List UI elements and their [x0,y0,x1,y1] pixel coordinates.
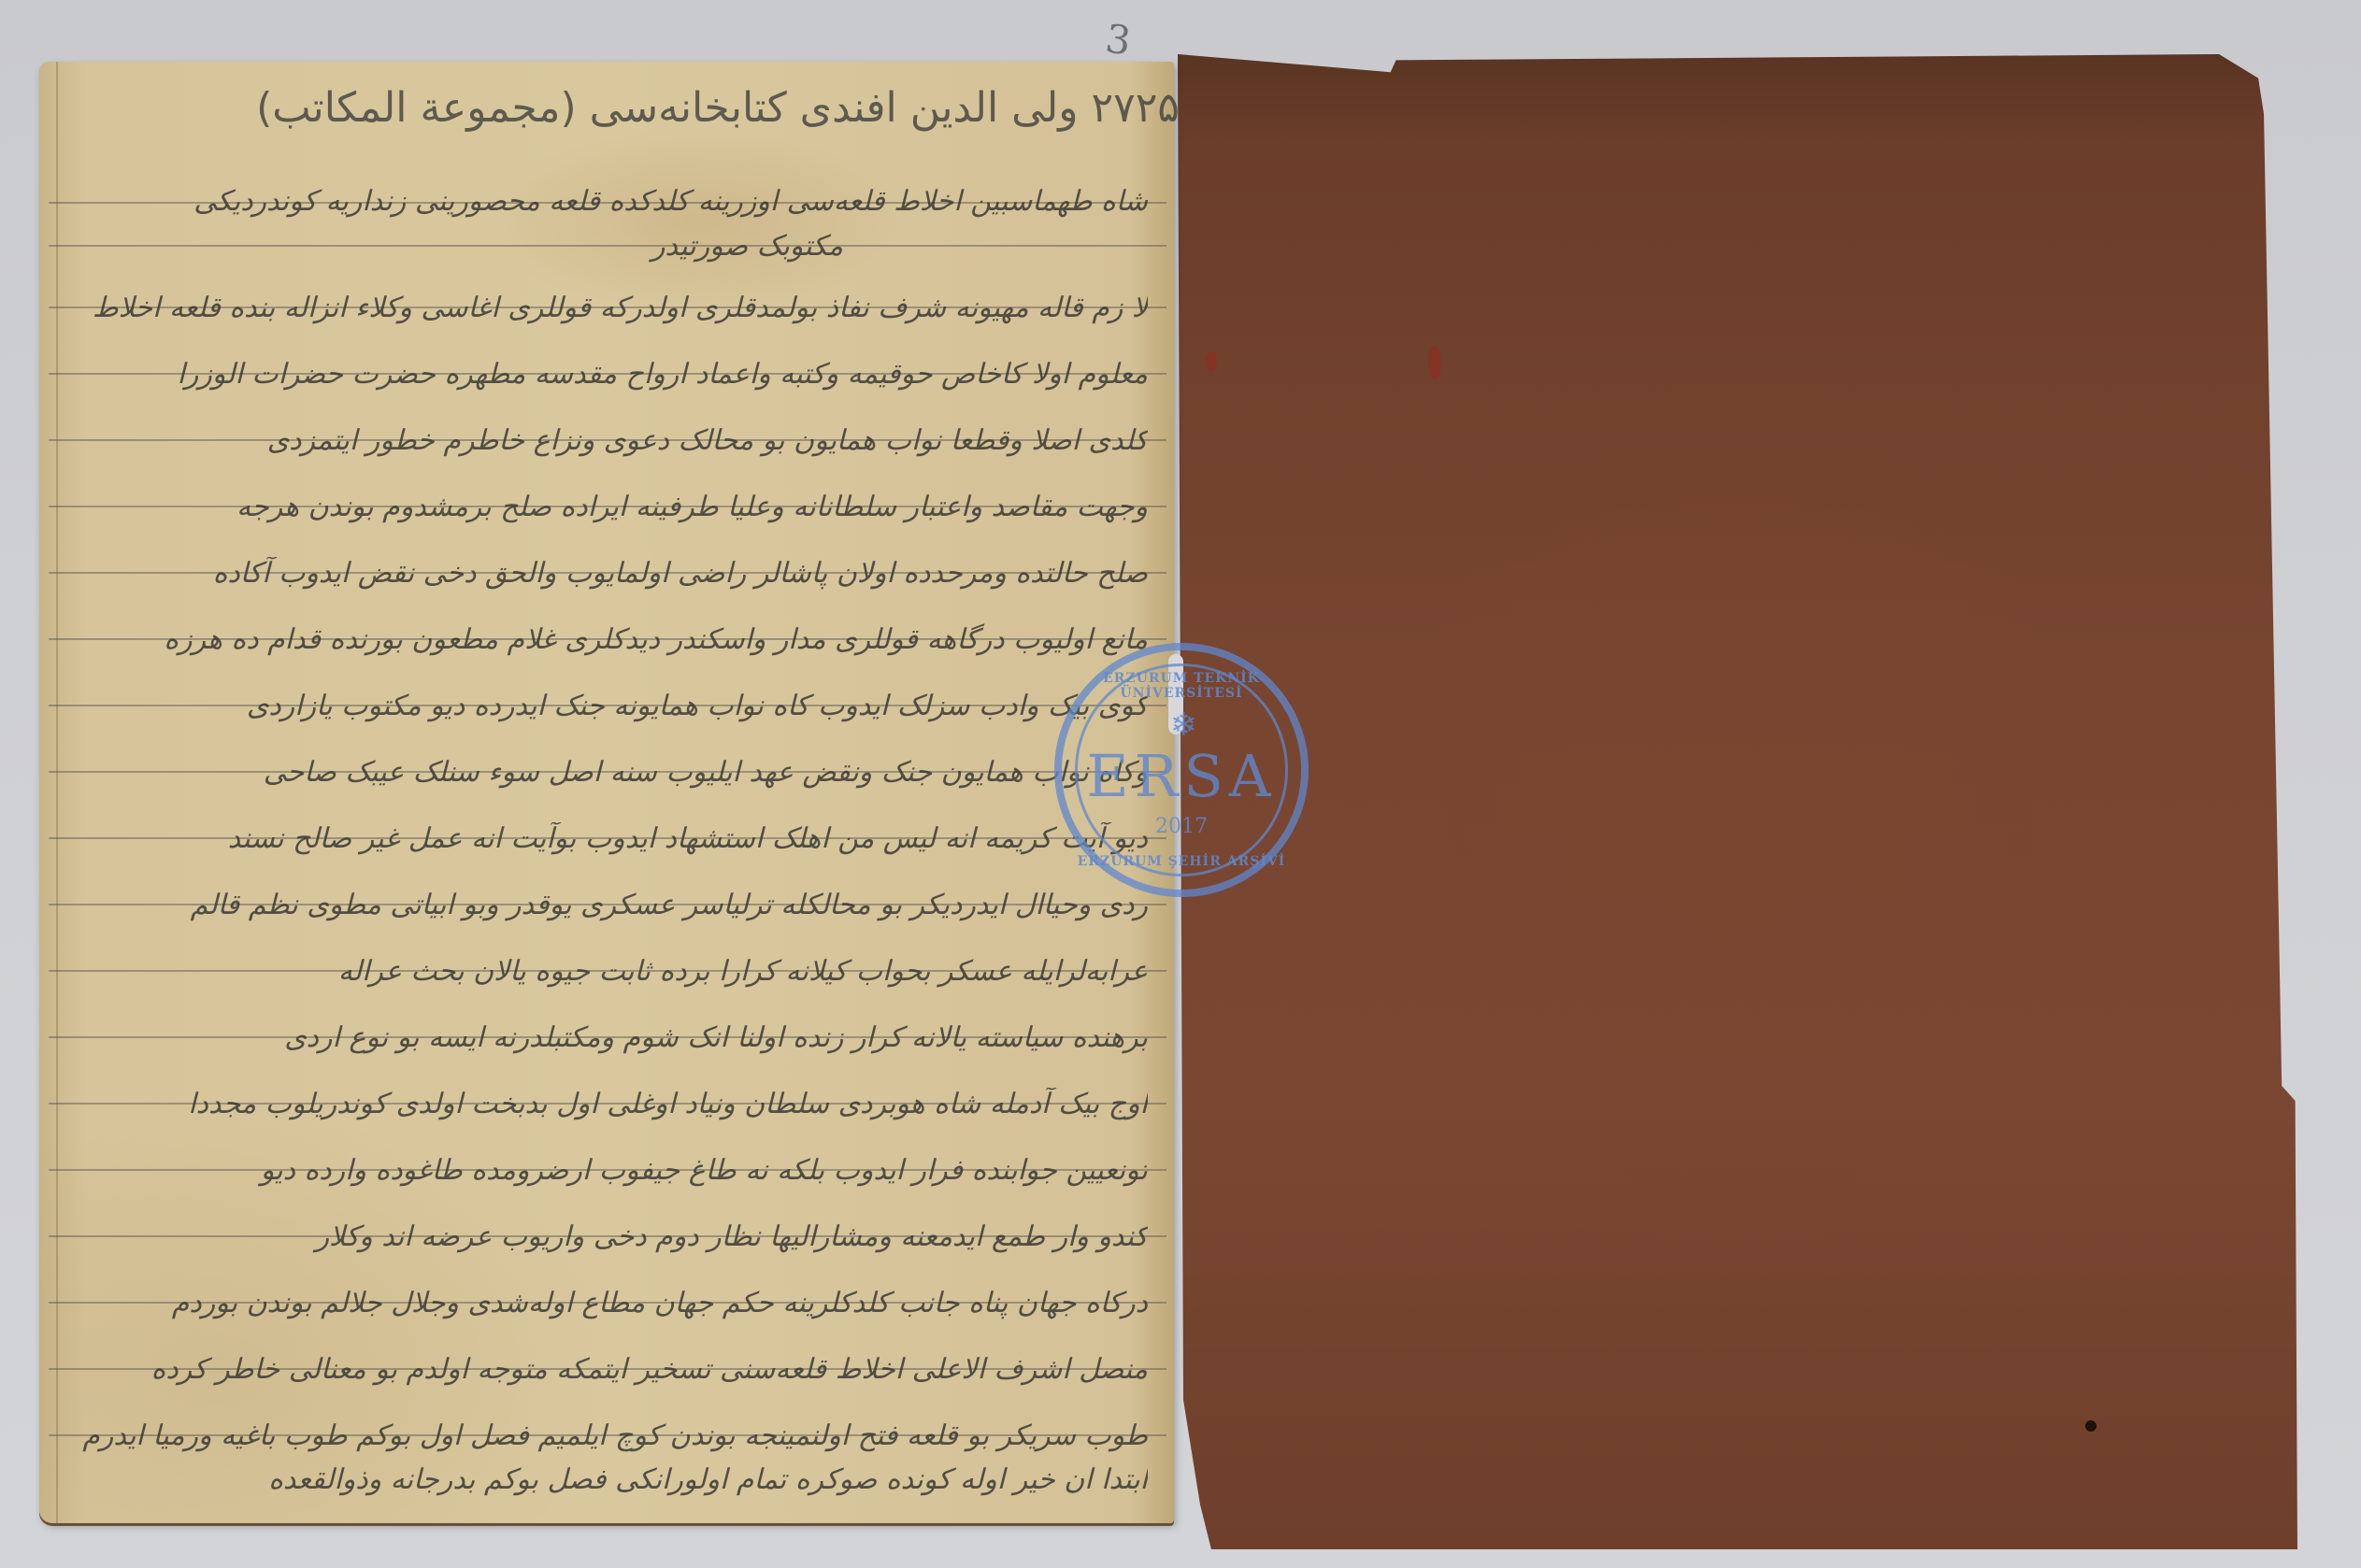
ink-dot [2085,1420,2096,1432]
handwritten-line: وجهت مقاصد واعتبار سلطانانه وعلیا طرفینه… [65,491,1148,523]
handwritten-line: ردی وحیاال ایدردیکر بو محالکله ترلیاسر ع… [65,889,1148,921]
handwritten-line: منصل اشرف الاعلی اخلاط قلعه‌سنی تسخیر ای… [65,1353,1148,1386]
folio-number-mark: 3 [1103,15,1134,64]
handwritten-line: اوج بیک آدمله شاه هوبردی سلطان ونیاد اوغ… [65,1088,1148,1120]
handwritten-line: شاه طهماسبین اخلاط قلعه‌سی اوزرینه کلدکد… [65,185,1148,218]
stamp-center-text: ERSA [1062,742,1301,810]
handwritten-line: ابتدا ان خیر اوله کونده صوکره تمام اولور… [65,1463,1148,1496]
manuscript-page: ۲۷۲۵ ولی الدین افندی کتابخانه‌سی (مجموعة… [39,62,1174,1523]
stamp-year: 2017 [1062,815,1301,838]
handwritten-line: برهنده سیاسته یالانه کرار زنده اولنا انک… [65,1021,1148,1054]
handwritten-line: معلوم اولا کاخاص حوقیمه وکتبه واعماد ارو… [65,358,1148,391]
brown-cover-page [1178,54,2297,1549]
handwritten-line: عرابه‌لرایله عسکر بحواب کیلانه کرارا برد… [65,955,1148,988]
handwritten-line: کلدی اصلا وقطعا نواب همایون بو محالک دعو… [65,424,1148,457]
red-stain [1428,346,1441,379]
handwritten-line: مکتوبک صورتیدر [600,230,843,263]
handwritten-line: مانع اولیوب درگاهه قوللری مدار واسکندر د… [65,623,1148,656]
red-stain [1206,351,1217,372]
snowflake-emblem-icon: ❄ [1170,706,1197,744]
handwritten-line: کوی بیک وادب سزلک ایدوب کاه نواب همایونه… [65,690,1148,722]
stamp-bottom-text: ERZURUM ŞEHİR ARŞİVİ [1062,854,1301,869]
handwritten-line: طوب سریکر بو قلعه فتح اولنمینجه بوندن کو… [65,1419,1148,1452]
handwritten-line: صلح حالتده ومرحدده اولان پاشالر راضی اول… [65,557,1148,590]
page-title: ۲۷۲۵ ولی الدین افندی کتابخانه‌سی (مجموعة… [320,84,1180,132]
stamp-top-text: ERZURUM TEKNİK ÜNİVERSİTESİ [1062,671,1301,701]
handwritten-line: لا زم‌ قاله مهیونه شرف نفاذ بولمدقلری او… [65,292,1148,324]
archive-stamp: ERZURUM TEKNİK ÜNİVERSİTESİ ❄ ERSA 2017 … [1054,643,1309,897]
handwritten-line: درکاه جهان پناه جانب کلدکلرینه حکم جهان … [65,1287,1148,1319]
handwritten-line: دیو آیت کریمه انه لیس من اهلک استشهاد ای… [65,822,1148,855]
handwritten-line: وکاه نواب همایون جنک ونقض عهد ایلیوب سنه… [65,756,1148,789]
handwritten-line: کندو وار طمع ایدمعنه ومشارالیها نظار دوم… [65,1220,1148,1253]
handwritten-line: تونعیین جوابنده فرار ایدوب بلکه نه طاغ ج… [65,1154,1148,1187]
